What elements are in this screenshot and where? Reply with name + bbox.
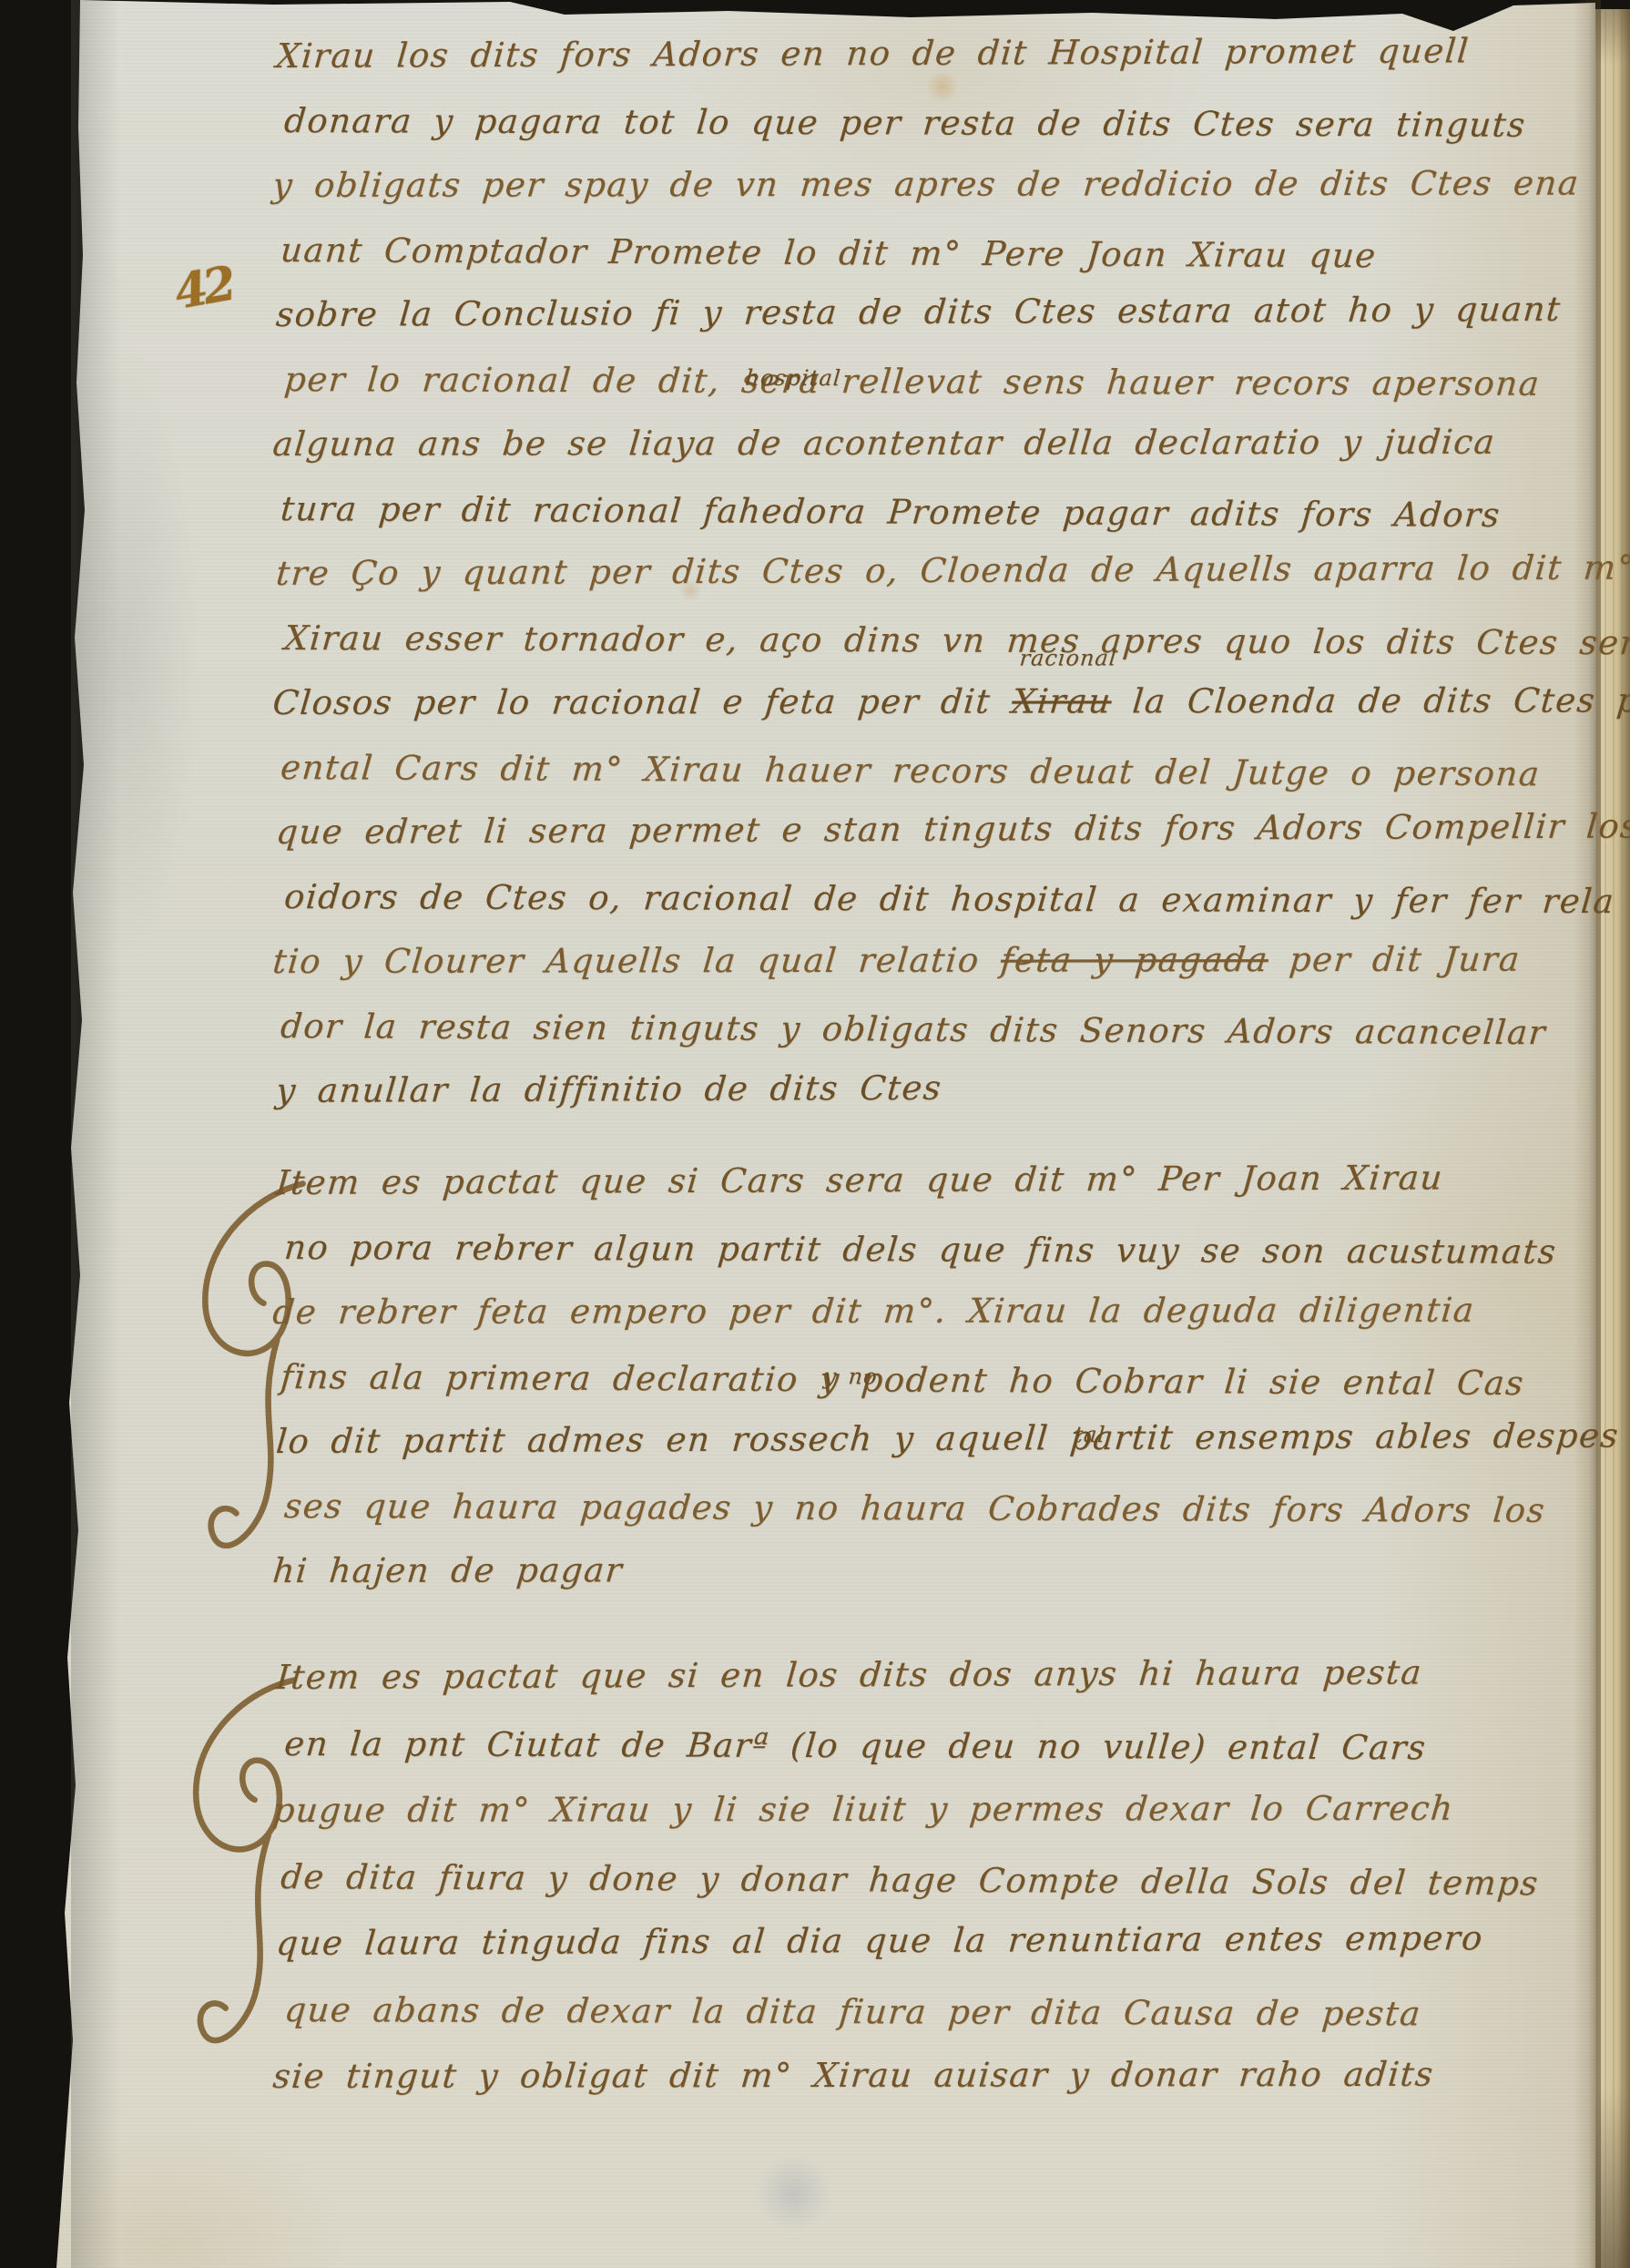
manuscript-line: no pora rebrer algun partit dels que fin… xyxy=(281,1219,1564,1288)
manuscript-line: oidors de Ctes o, racional de dit hospit… xyxy=(281,868,1564,937)
manuscript-line: y anullar la diffinitio de dits Ctes xyxy=(273,1057,1564,1127)
paragraph-3: Item es pactat que si en los dits dos an… xyxy=(273,1649,1559,2114)
manuscript-line: Closos per lo racional e feta per dit ra… xyxy=(270,672,1565,739)
manuscript-line: que edret li sera permet e stan tinguts … xyxy=(273,798,1564,868)
manuscript-line: ses que haura pagades y no haura Cobrade… xyxy=(281,1477,1564,1547)
manuscript-line: y obligats per spay de vn mes apres de r… xyxy=(270,155,1565,221)
manuscript-line: que abans de dexar la dita fiura per dit… xyxy=(281,1981,1564,2052)
manuscript-line: Xirau esser tornador e, aço dins vn mes … xyxy=(281,609,1564,679)
manuscript-line: Item es pactat que si en los dits dos an… xyxy=(273,1643,1565,1715)
manuscript-text: Xirau los dits fors Adors en no de dit H… xyxy=(273,27,1559,2114)
manuscript-line: hi hajen de pagar xyxy=(270,1540,1565,1607)
struck-words: feta y pagada xyxy=(999,940,1270,980)
struck-word: Xirau xyxy=(1010,681,1113,720)
manuscript-line: tre Ço y quant per dits Ctes o, Cloenda … xyxy=(273,539,1564,609)
paragraph-1: Xirau los dits fors Adors en no de dit H… xyxy=(273,27,1559,1127)
manuscript-line: de rebrer feta empero per dit m°. Xirau … xyxy=(270,1282,1565,1348)
manuscript-line: pugue dit m° Xirau y li sie liuit y perm… xyxy=(270,1780,1565,1848)
interlinear-insertion: tal xyxy=(1073,1424,1106,1446)
manuscript-line: donara y pagara tot lo que per resta de … xyxy=(281,92,1564,161)
manuscript-line: Xirau los dits fors Adors en no de dit H… xyxy=(273,22,1564,92)
manuscript-line: tio y Clourer Aquells la qual relatio fe… xyxy=(270,931,1565,997)
manuscript-line: sie tingut y obligat dit m° Xirau auisar… xyxy=(270,2046,1565,2114)
paragraph-2: Item es pactat que si Cars sera que dit … xyxy=(273,1154,1559,1607)
manuscript-line: Item es pactat que si Cars sera que dit … xyxy=(273,1149,1564,1219)
manuscript-line: per lo racional de dit, hospitalsera rel… xyxy=(281,351,1564,420)
manuscript-photo: 42 Xirau los dits fors Adors en no de di… xyxy=(0,0,1630,2268)
interlinear-insertion: hospital xyxy=(745,367,842,389)
manuscript-line: en la pnt Ciutat de Barª (lo que deu no … xyxy=(281,1715,1564,1786)
interlinear-insertion: racional xyxy=(1019,647,1118,669)
manuscript-line: alguna ans be se liaya de acontentar del… xyxy=(270,414,1565,480)
manuscript-line: lo dit partit admes en rossech y aquell … xyxy=(273,1407,1564,1477)
manuscript-line: sobre la Conclusio fi y resta de dits Ct… xyxy=(273,281,1564,351)
margin-ink-mark: 42 xyxy=(170,256,236,321)
interlinear-insertion: y no xyxy=(823,1365,879,1387)
manuscript-line: que laura tinguda fins al dia que la ren… xyxy=(273,1909,1565,1981)
